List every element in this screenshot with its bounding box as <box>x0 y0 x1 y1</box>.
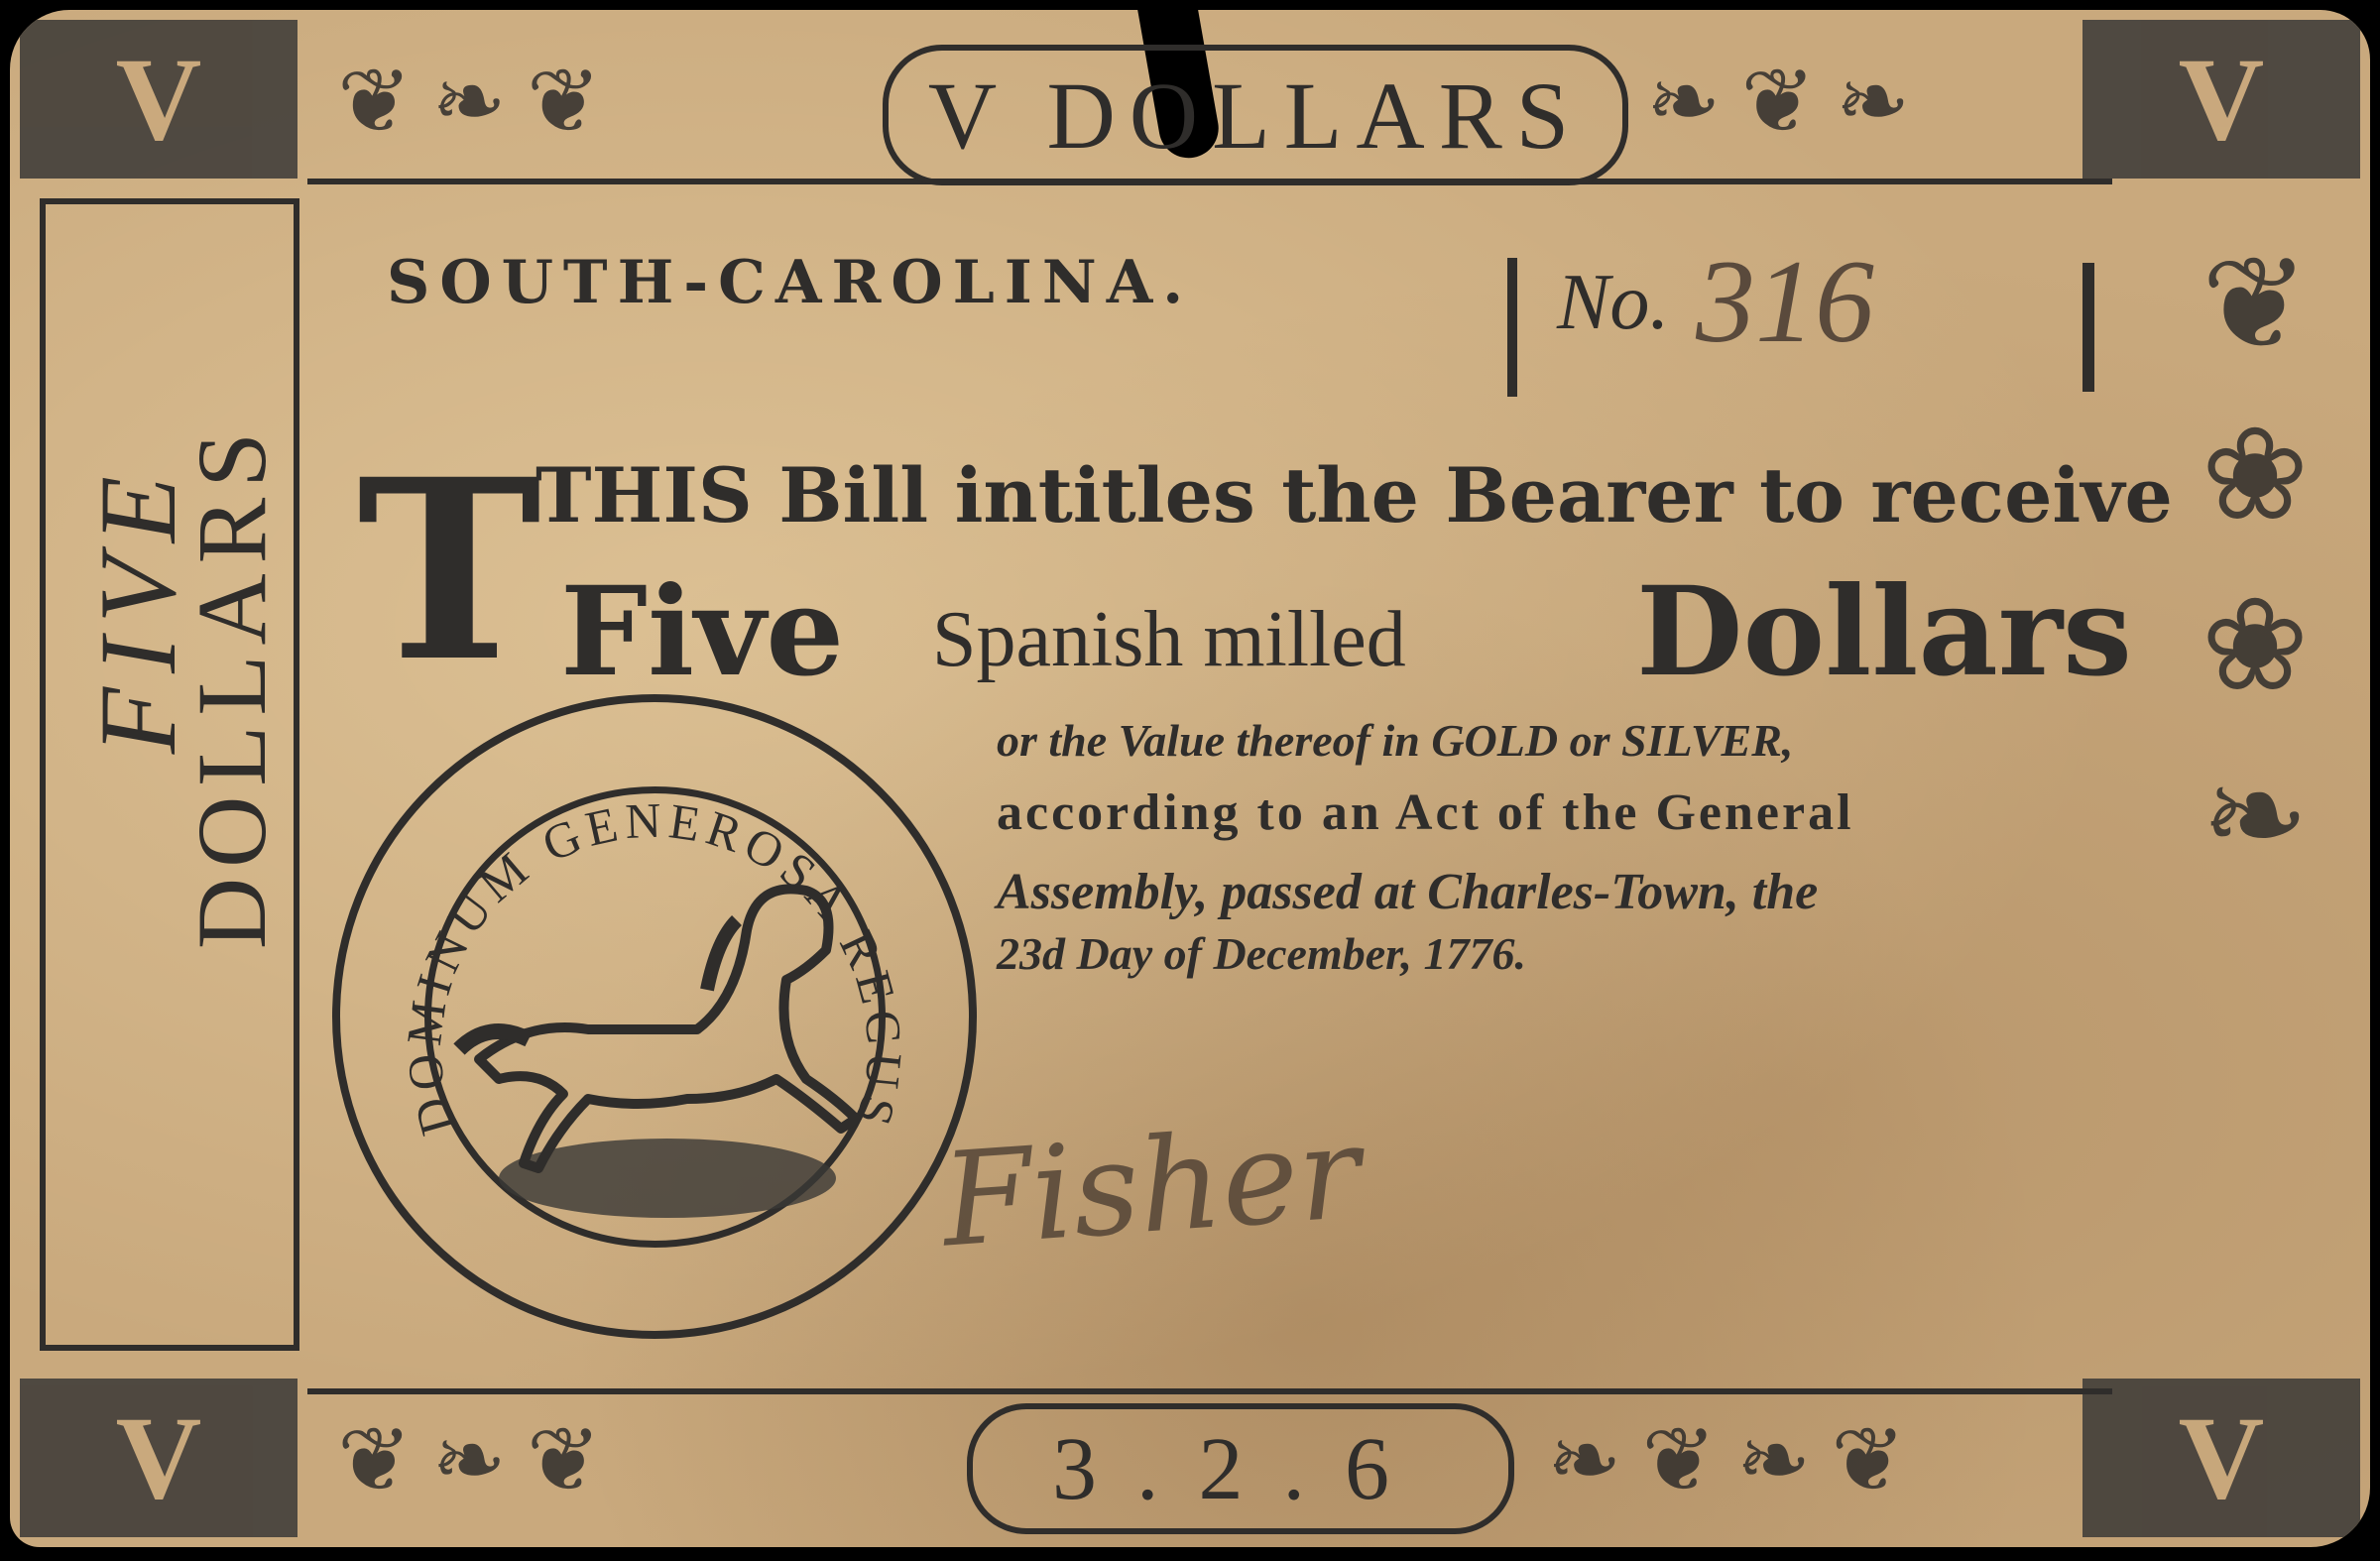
left-border-text-dollars: DOLLARS <box>175 422 289 949</box>
bottom-cartouche: 3.2.6 <box>967 1403 1514 1534</box>
left-border-panel: FIVE DOLLARS <box>40 198 299 1351</box>
right-border-ornament: ❦❀❀❧ <box>2180 228 2330 910</box>
scroll-ornament-bottom-left: ❦❧❦ <box>337 1408 621 1512</box>
denomination-word: Five <box>560 560 844 704</box>
bottom-rule <box>307 1388 2112 1394</box>
serial-bracket-left <box>1507 258 1517 397</box>
corner-numeral-bottom-right: V <box>2082 1379 2360 1537</box>
colony-name: SOUTH-CAROLINA. <box>387 248 1193 317</box>
body-line-3: or the Value thereof in GOLD or SILVER, <box>997 714 1793 767</box>
serial-bracket-right <box>2082 263 2094 392</box>
horse-icon <box>340 702 969 1331</box>
scroll-ornament-bottom-right: ❧❦❧❦ <box>1547 1408 1926 1512</box>
scroll-ornament-top-right: ❧❦❧ <box>1646 50 1930 154</box>
body-line-4: according to an Act of the General <box>997 783 1854 842</box>
corner-numeral-top-left: V <box>20 20 297 179</box>
body-line-6: 23d Day of December, 1776. <box>997 927 1526 980</box>
top-cartouche: V DOLLARS <box>883 45 1628 185</box>
corner-numeral-bottom-left: V <box>20 1379 297 1537</box>
drop-cap: T <box>357 446 541 694</box>
body-line-2: Spanish milled <box>932 595 1406 685</box>
banknote: V V V V ❦❧❦ ❧❦❧ ❦❧❦ ❧❦❧❦ V DOLLARS 3.2.6… <box>10 10 2370 1547</box>
serial-number: 316 <box>1696 233 1874 370</box>
state-seal: DOMINUM GENEROSA RECUSAT <box>332 694 977 1339</box>
scroll-ornament-top-left: ❦❧❦ <box>337 50 621 154</box>
body-line-5: Assembly, passed at Charles-Town, the <box>997 863 1818 921</box>
serial-label: No. <box>1557 258 1669 348</box>
signature: Fisher <box>937 1096 1365 1275</box>
currency-word: Dollars <box>1636 560 2132 704</box>
body-line-1: THIS Bill intitles the Bearer to receive <box>535 451 2173 540</box>
corner-numeral-top-right: V <box>2082 20 2360 179</box>
